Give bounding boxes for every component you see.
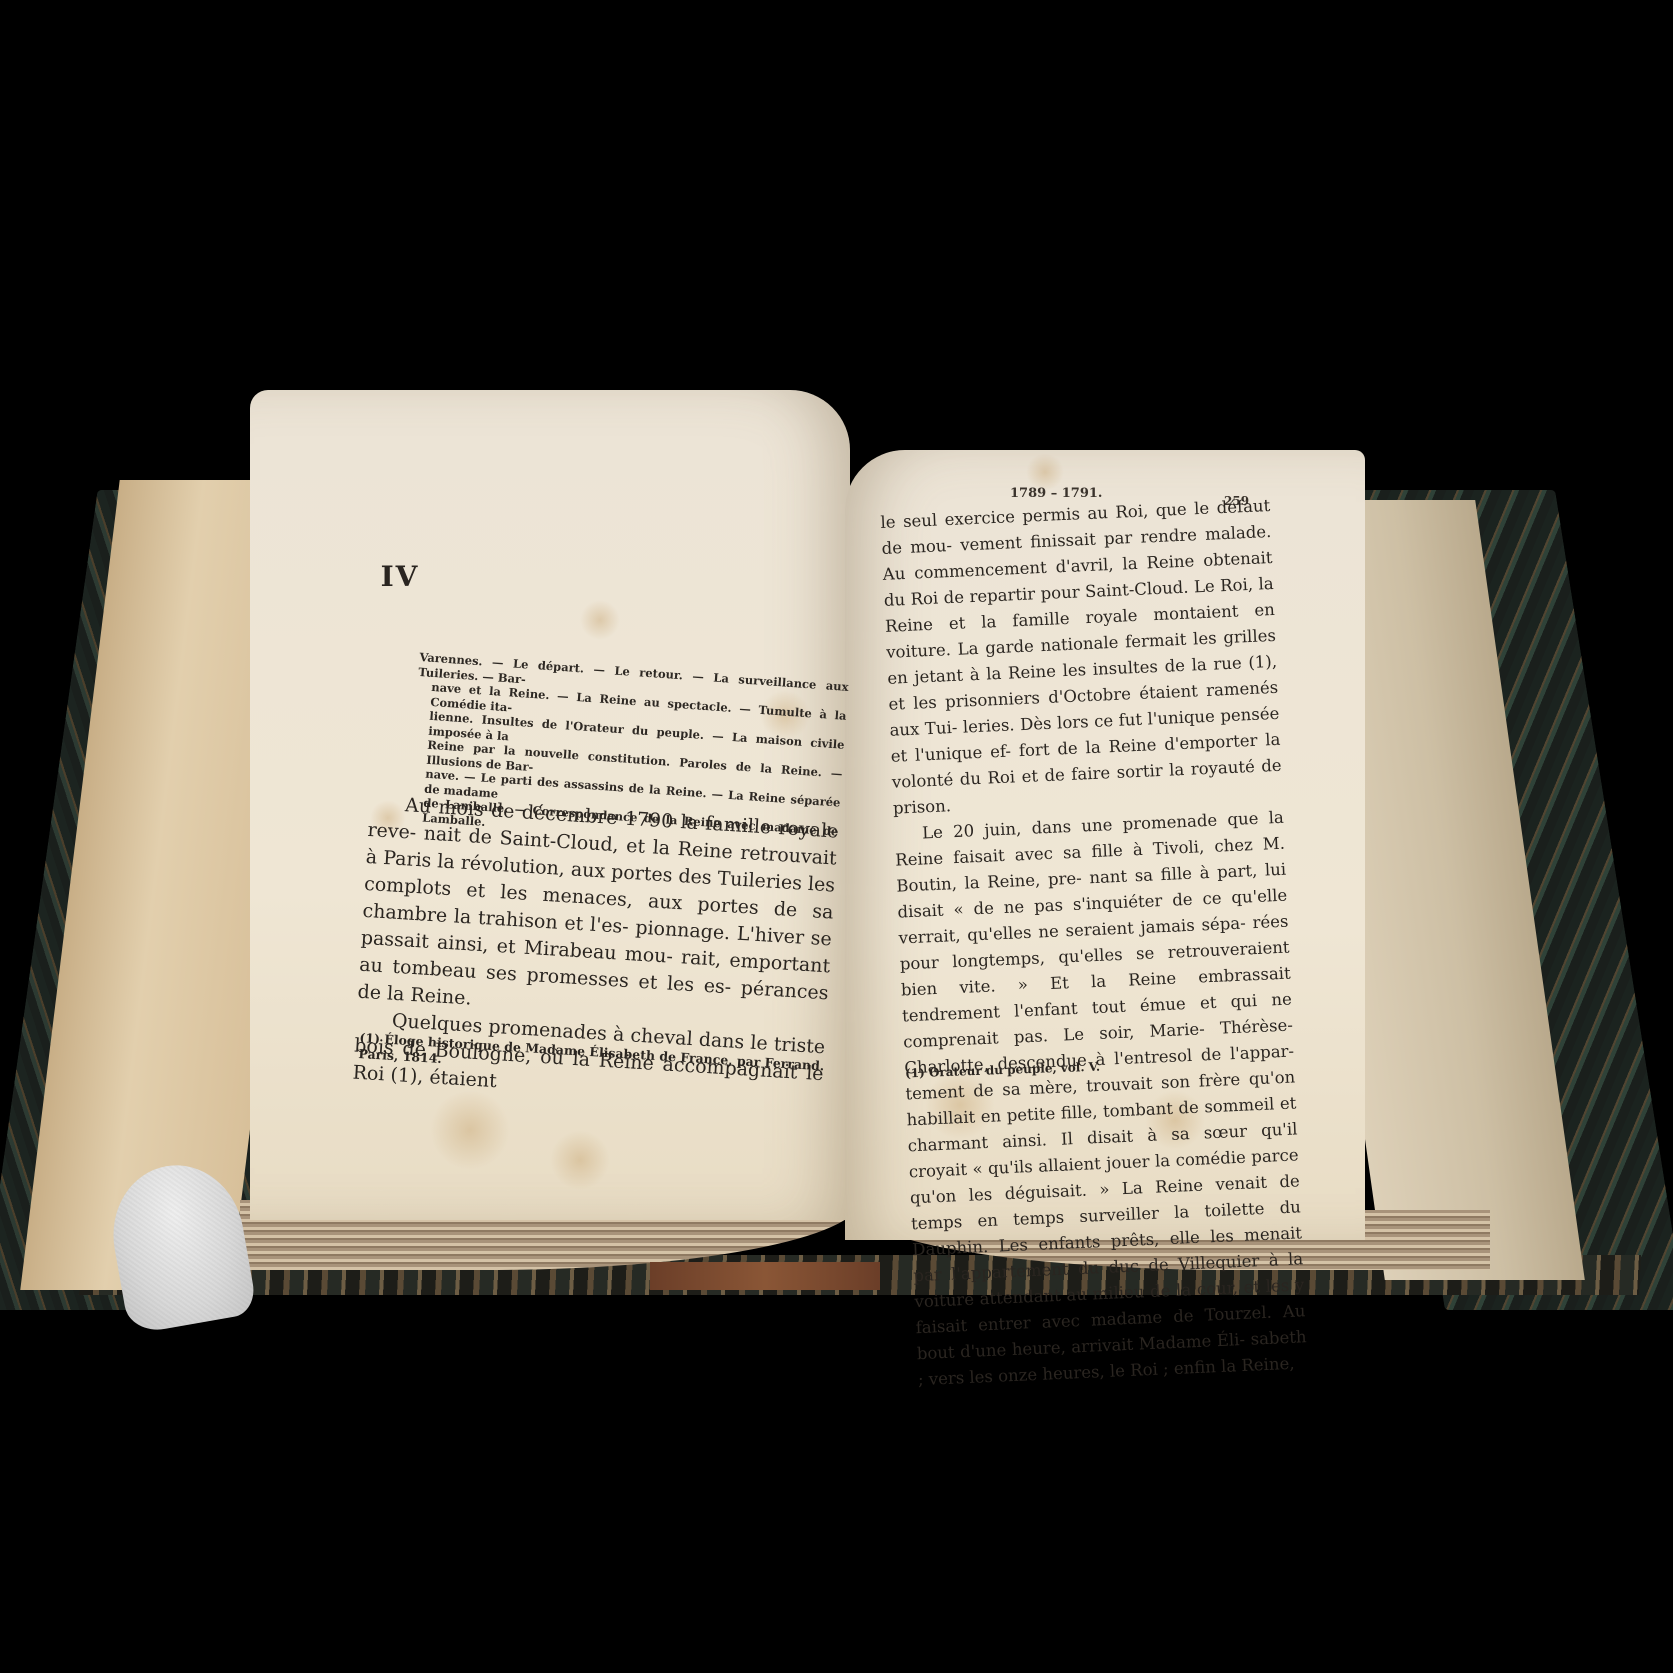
paragraph: Le 20 juin, dans une promenade que la Re…	[894, 805, 1309, 1393]
paragraph: le seul exercice permis au Roi, que le d…	[880, 493, 1283, 822]
photo-scene: IV Varennes. — Le départ. — Le retour. —…	[0, 0, 1673, 1673]
paragraph: Au mois de décembre 1790 la famille roya…	[357, 790, 839, 1034]
right-page-body: le seul exercice permis au Roi, que le d…	[880, 493, 1308, 1393]
foxing-spot	[1025, 454, 1065, 490]
running-head: 1789 – 1791.	[1010, 486, 1102, 501]
foxing-spot	[430, 1090, 510, 1170]
foxing-spot	[580, 600, 620, 640]
chapter-number: IV	[370, 560, 430, 593]
foxing-spot	[550, 1130, 610, 1190]
book-spine-strip	[650, 1262, 880, 1290]
